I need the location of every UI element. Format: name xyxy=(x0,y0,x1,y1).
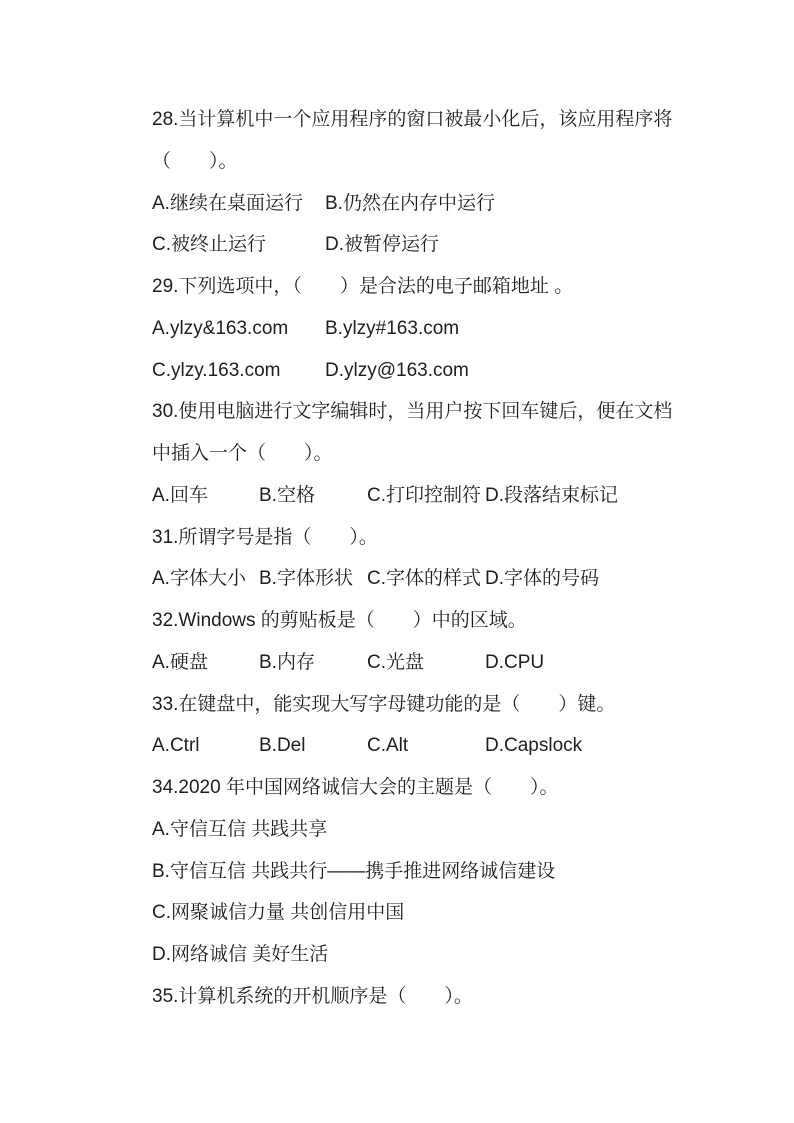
question-28-stem-line-2: （ ）。 xyxy=(152,141,782,183)
question-32-option-d: D.CPU xyxy=(485,642,782,684)
question-33-option-b: B.Del xyxy=(259,725,367,767)
question-33-stem-line-1: 33.在键盘中，能实现大写字母键功能的是（ ）键。 xyxy=(152,684,782,726)
question-30-stem-line-1: 30.使用电脑进行文字编辑时，当用户按下回车键后，便在文档 xyxy=(152,391,782,433)
question-31-option-b: B.字体形状 xyxy=(259,558,367,600)
question-32-options-row-1: A.硬盘 B.内存 C.光盘 D.CPU xyxy=(152,642,782,684)
question-29-options-row-1: A.ylzy&163.com B.ylzy#163.com xyxy=(152,308,782,350)
question-33: 33.在键盘中，能实现大写字母键功能的是（ ）键。 A.Ctrl B.Del C… xyxy=(152,684,782,768)
question-28-options-row-2: C.被终止运行 D.被暂停运行 xyxy=(152,224,782,266)
question-32-option-b: B.内存 xyxy=(259,642,367,684)
question-34: 34.2020 年中国网络诚信大会的主题是（ ）。 A.守信互信 共践共享 B.… xyxy=(152,767,782,976)
question-30-stem-line-2: 中插入一个（ ）。 xyxy=(152,433,782,475)
question-31-option-c: C.字体的样式 xyxy=(367,558,485,600)
question-34-option-d: D.网络诚信 美好生活 xyxy=(152,934,782,976)
question-33-option-a: A.Ctrl xyxy=(152,725,259,767)
question-35: 35.计算机系统的开机顺序是（ ）。 xyxy=(152,976,782,1018)
question-29-option-a: A.ylzy&163.com xyxy=(152,308,325,350)
question-31-options-row-1: A.字体大小 B.字体形状 C.字体的样式 D.字体的号码 xyxy=(152,558,782,600)
question-31-stem-line-1: 31.所谓字号是指（ ）。 xyxy=(152,517,782,559)
question-29-option-b: B.ylzy#163.com xyxy=(325,308,782,350)
question-31-option-a: A.字体大小 xyxy=(152,558,259,600)
question-29-stem-line-1: 29.下列选项中，（ ）是合法的电子邮箱地址 。 xyxy=(152,266,782,308)
question-30: 30.使用电脑进行文字编辑时，当用户按下回车键后，便在文档 中插入一个（ ）。 … xyxy=(152,391,782,516)
question-31-option-d: D.字体的号码 xyxy=(485,558,782,600)
question-30-option-a: A.回车 xyxy=(152,475,259,517)
question-33-options-row-1: A.Ctrl B.Del C.Alt D.Capslock xyxy=(152,725,782,767)
question-32-stem-line-1: 32.Windows 的剪贴板是（ ）中的区域。 xyxy=(152,600,782,642)
question-28: 28.当计算机中一个应用程序的窗口被最小化后，该应用程序将 （ ）。 A.继续在… xyxy=(152,99,782,266)
question-31: 31.所谓字号是指（ ）。 A.字体大小 B.字体形状 C.字体的样式 D.字体… xyxy=(152,517,782,601)
question-29: 29.下列选项中，（ ）是合法的电子邮箱地址 。 A.ylzy&163.com … xyxy=(152,266,782,391)
question-28-option-a: A.继续在桌面运行 xyxy=(152,183,325,225)
question-32-option-c: C.光盘 xyxy=(367,642,485,684)
question-32: 32.Windows 的剪贴板是（ ）中的区域。 A.硬盘 B.内存 C.光盘 … xyxy=(152,600,782,684)
question-29-option-d: D.ylzy@163.com xyxy=(325,350,782,392)
question-28-options-row-1: A.继续在桌面运行 B.仍然在内存中运行 xyxy=(152,183,782,225)
question-28-option-b: B.仍然在内存中运行 xyxy=(325,183,782,225)
question-28-option-c: C.被终止运行 xyxy=(152,224,325,266)
question-28-stem-line-1: 28.当计算机中一个应用程序的窗口被最小化后，该应用程序将 xyxy=(152,99,782,141)
questions-list: 28.当计算机中一个应用程序的窗口被最小化后，该应用程序将 （ ）。 A.继续在… xyxy=(152,99,782,1018)
question-29-option-c: C.ylzy.163.com xyxy=(152,350,325,392)
question-30-option-c: C.打印控制符 xyxy=(367,475,485,517)
question-34-stem-line-1: 34.2020 年中国网络诚信大会的主题是（ ）。 xyxy=(152,767,782,809)
question-30-options-row-1: A.回车 B.空格 C.打印控制符 D.段落结束标记 xyxy=(152,475,782,517)
question-34-option-c: C.网聚诚信力量 共创信用中国 xyxy=(152,892,782,934)
question-32-option-a: A.硬盘 xyxy=(152,642,259,684)
question-33-option-d: D.Capslock xyxy=(485,725,782,767)
question-34-option-b: B.守信互信 共践共行——携手推进网络诚信建设 xyxy=(152,851,782,893)
question-30-option-d: D.段落结束标记 xyxy=(485,475,782,517)
question-28-option-d: D.被暂停运行 xyxy=(325,224,782,266)
question-33-option-c: C.Alt xyxy=(367,725,485,767)
question-34-option-a: A.守信互信 共践共享 xyxy=(152,809,782,851)
question-29-options-row-2: C.ylzy.163.com D.ylzy@163.com xyxy=(152,350,782,392)
question-30-option-b: B.空格 xyxy=(259,475,367,517)
question-35-stem-line-1: 35.计算机系统的开机顺序是（ ）。 xyxy=(152,976,782,1018)
